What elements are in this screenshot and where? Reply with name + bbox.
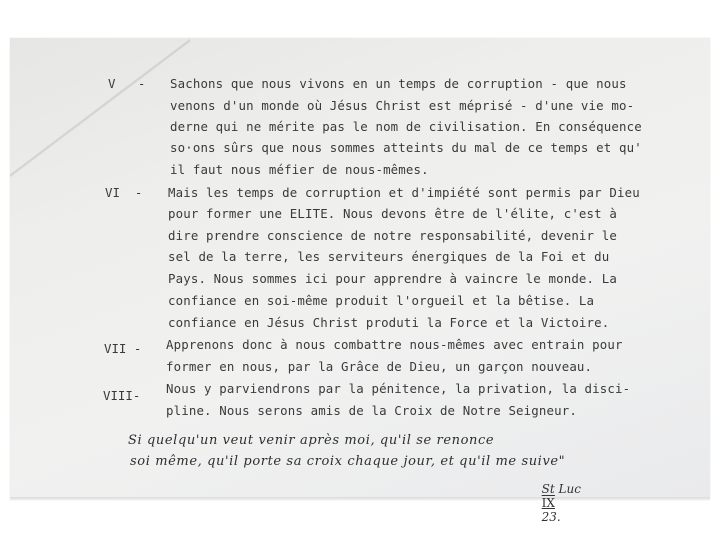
page-bottom-edge	[10, 497, 710, 500]
section-numeral-vii: VII -	[104, 341, 141, 356]
scripture-reference: St Luc IX 23.	[534, 468, 581, 524]
section-viii-line-1: Nous y parviendrons par la pénitence, la…	[166, 381, 630, 396]
section-vii-line-1: Apprenons donc à nous combattre nous-mêm…	[166, 337, 623, 352]
handwritten-quote-line-2: soi même, qu'il porte sa croix chaque jo…	[130, 454, 565, 469]
handwritten-quote-line-1: Si quelqu'un veut venir après moi, qu'il…	[128, 433, 494, 448]
section-viii-line-2: pline. Nous serons amis de la Croix de N…	[166, 403, 577, 418]
section-vi-line-7: confiance en Jésus Christ produti la For…	[168, 315, 609, 330]
section-v-line-2: venons d'un monde où Jésus Christ est mé…	[170, 98, 634, 113]
section-vi-line-3: dire prendre conscience de notre respons…	[168, 228, 617, 243]
section-numeral-v: V -	[108, 76, 145, 91]
reference-chapter: IX	[542, 496, 555, 510]
reference-verse: 23.	[542, 510, 561, 524]
section-numeral-viii: VIII-	[103, 388, 140, 403]
section-vi-line-2: pour former une ELITE. Nous devons être …	[168, 206, 617, 221]
section-vi-line-5: Pays. Nous sommes ici pour apprendre à v…	[168, 271, 617, 286]
section-v-line-3: derne qui ne mérite pas le nom de civili…	[170, 119, 642, 134]
section-v-line-1: Sachons que nous vivons en un temps de c…	[170, 76, 627, 91]
section-v-line-5: il faut nous méfier de nous-mêmes.	[170, 162, 429, 177]
section-v-line-4: so·ons sûrs que nous sommes atteints du …	[170, 140, 642, 155]
reference-book: St Luc	[542, 482, 581, 496]
section-vi-line-1: Mais les temps de corruption et d'impiét…	[168, 185, 640, 200]
section-vii-line-2: former en nous, par la Grâce de Dieu, un…	[166, 359, 592, 374]
section-vi-line-4: sel de la terre, les serviteurs énergiqu…	[168, 249, 609, 264]
section-numeral-vi: VI -	[105, 185, 142, 200]
section-vi-line-6: confiance en soi-même produit l'orgueil …	[168, 293, 594, 308]
